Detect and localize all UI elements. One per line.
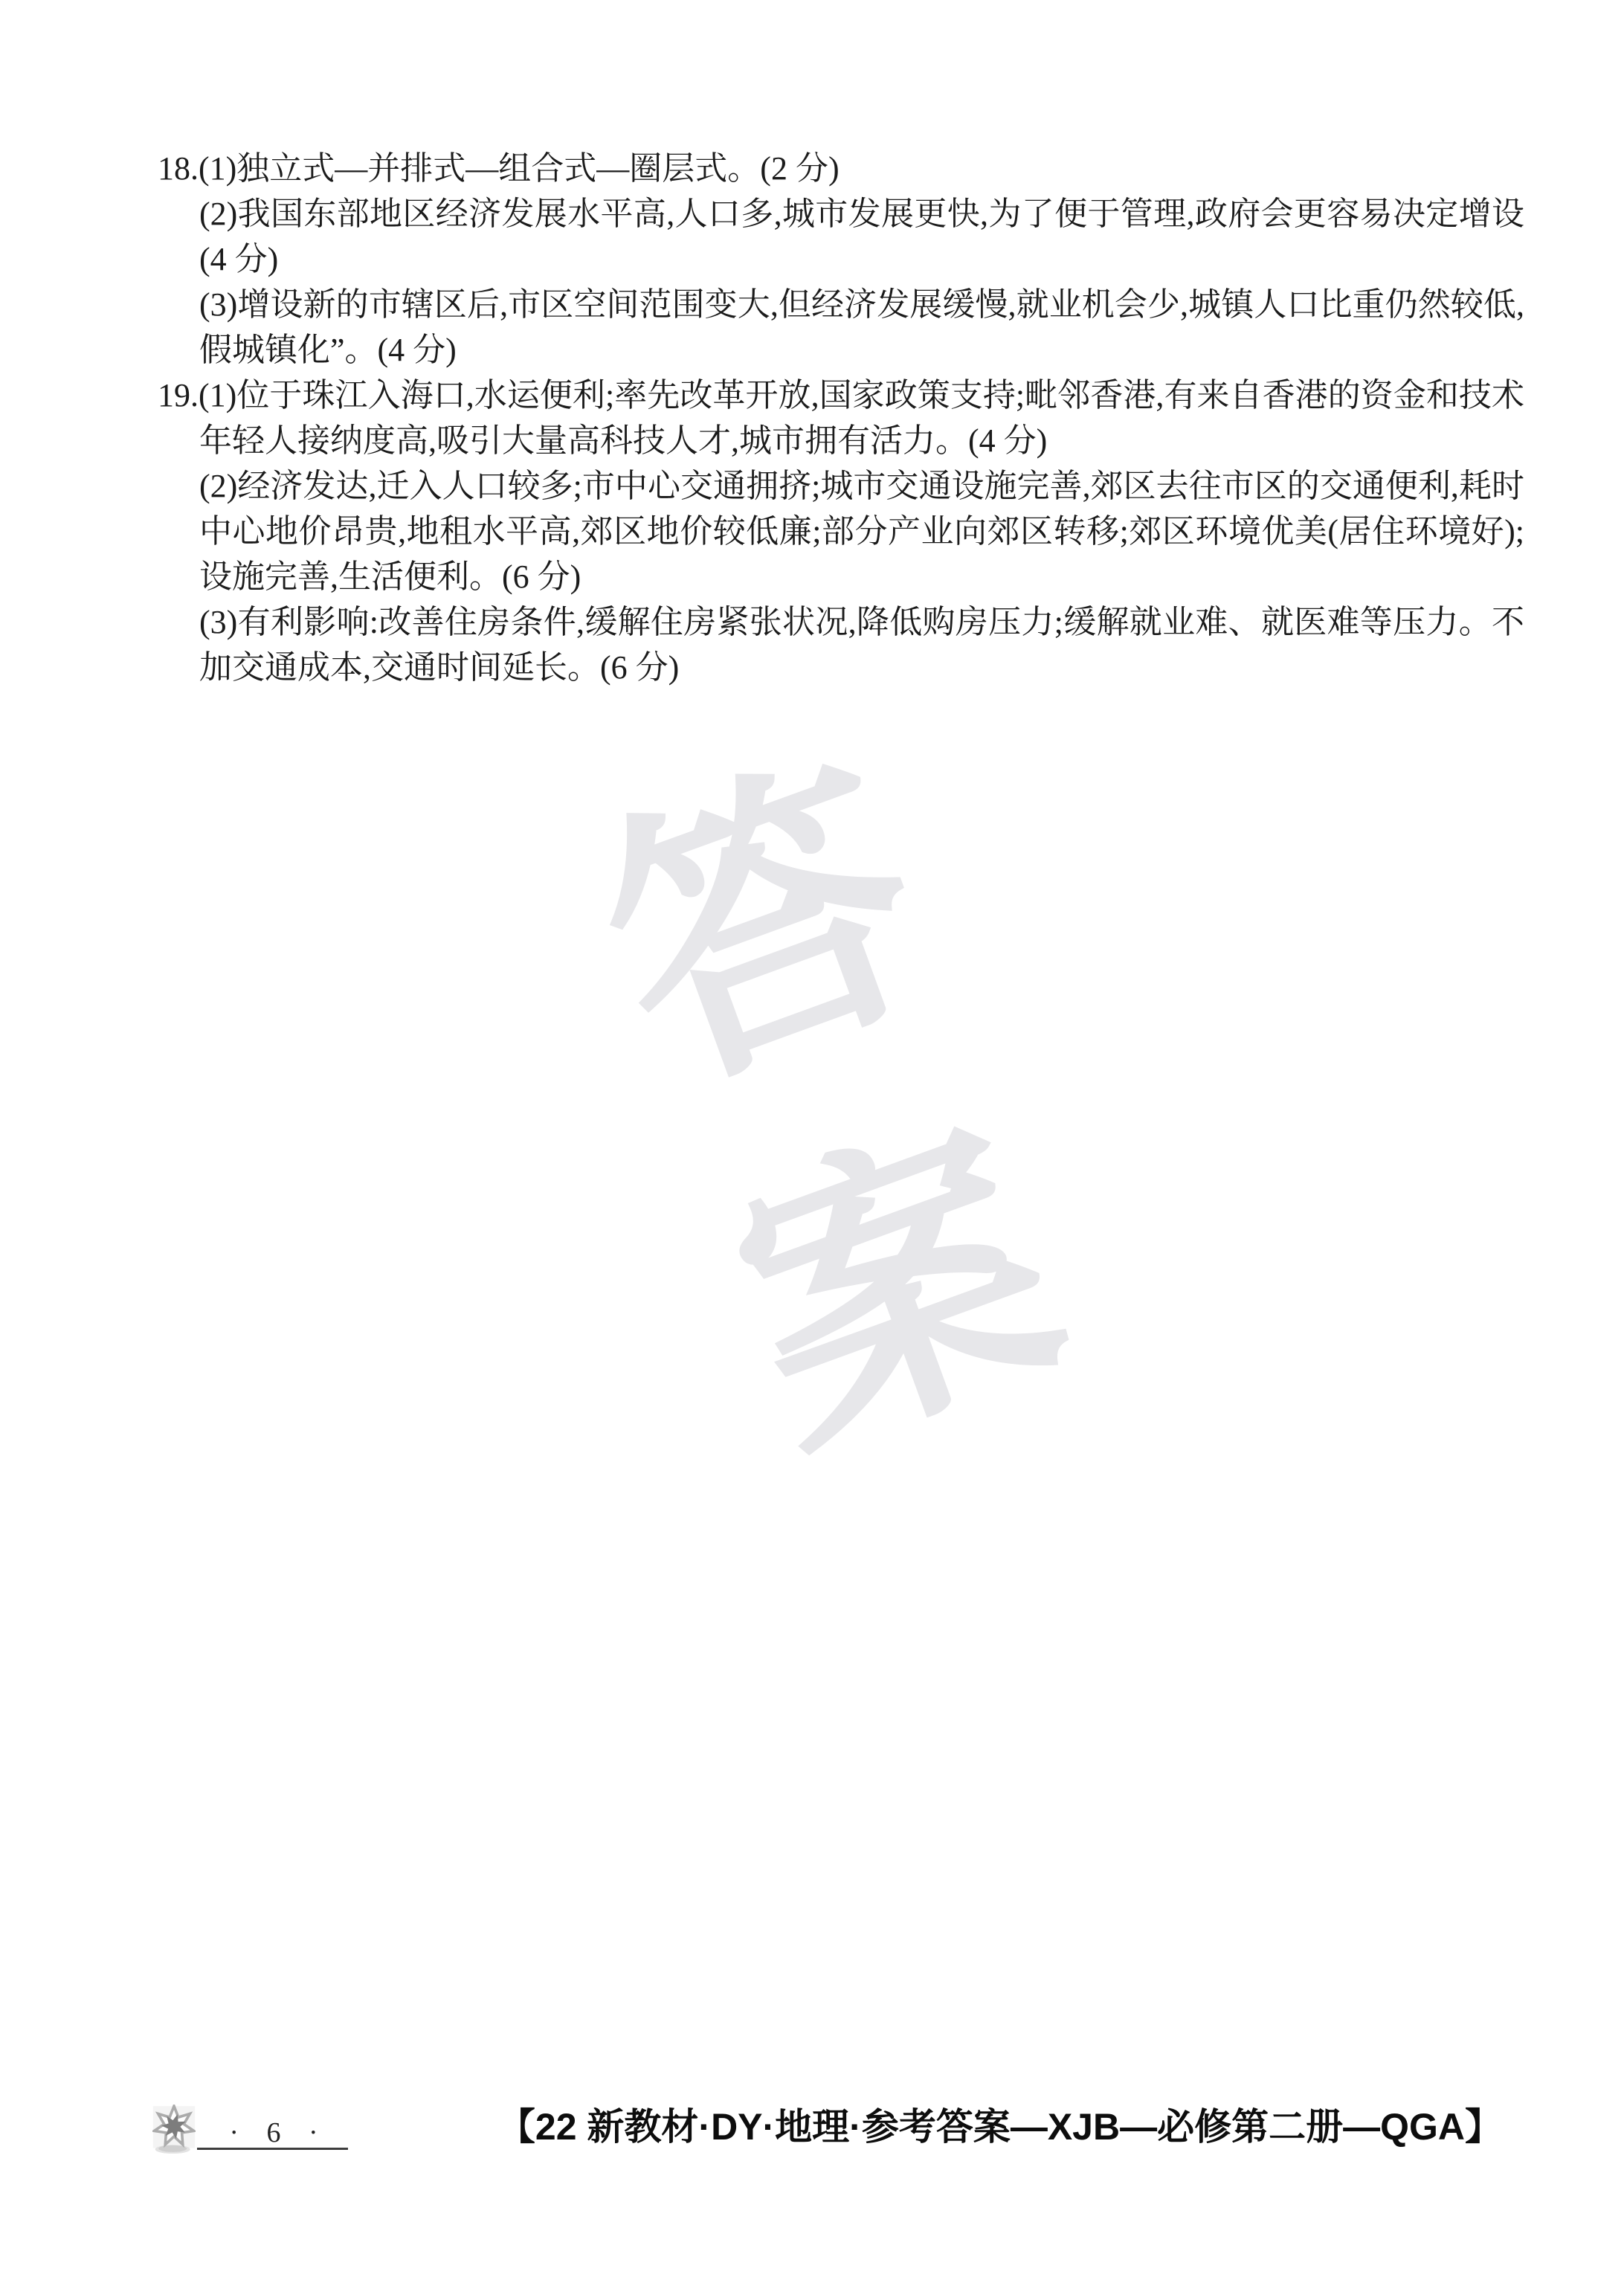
answer-line: 中心地价昂贵,地租水平高,郊区地价较低廉;部分产业向郊区转移;郊区环境优美(居住… — [199, 509, 1524, 554]
answer-line: 假城镇化”。(4 分) — [199, 327, 1524, 373]
page-number: · 6 · — [223, 2116, 335, 2149]
answer-line: 18.(1)独立式—并排式—组合式—圈层式。(2 分) — [158, 146, 1524, 191]
footer-rule — [197, 2148, 348, 2150]
answer-line: 加交通成本,交通时间延长。(6 分) — [199, 645, 1524, 690]
answer-line: (3)增设新的市辖区后,市区空间范围变大,但经济发展缓慢,就业机会少,城镇人口比… — [199, 282, 1524, 327]
answers-text: 18.(1)独立式—并排式—组合式—圈层式。(2 分) (2)我国东部地区经济发… — [158, 146, 1524, 690]
answer-line: (2)经济发达,迁入人口较多;市中心交通拥挤;城市交通设施完善,郊区去往市区的交… — [199, 463, 1524, 509]
answer-line: (3)有利影响:改善住房条件,缓解住房紧张状况,降低购房压力;缓解就业难、就医难… — [199, 599, 1524, 645]
watermark-char: 案 — [706, 1100, 1088, 1481]
watermark-char: 答 — [573, 735, 955, 1116]
watermark: 答 案 — [503, 709, 1157, 1507]
answer-line: 设施完善,生活便利。(6 分) — [199, 554, 1524, 599]
star-burst-icon — [152, 2105, 196, 2154]
answer-line: 19.(1)位于珠江入海口,水运便利;率先改革开放,国家政策支持;毗邻香港,有来… — [158, 373, 1524, 418]
logo-tile — [153, 2106, 195, 2148]
answer-line: (4 分) — [199, 236, 1524, 282]
answer-line: 年轻人接纳度高,吸引大量高科技人才,城市拥有活力。(4 分) — [199, 418, 1524, 463]
answer-line: (2)我国东部地区经济发展水平高,人口多,城市发展更快,为了便于管理,政府会更容… — [199, 191, 1524, 236]
footer-title: 【22 新教材·DY·地理·参考答案—XJB—必修第二册—QGA】 — [498, 2106, 1502, 2148]
